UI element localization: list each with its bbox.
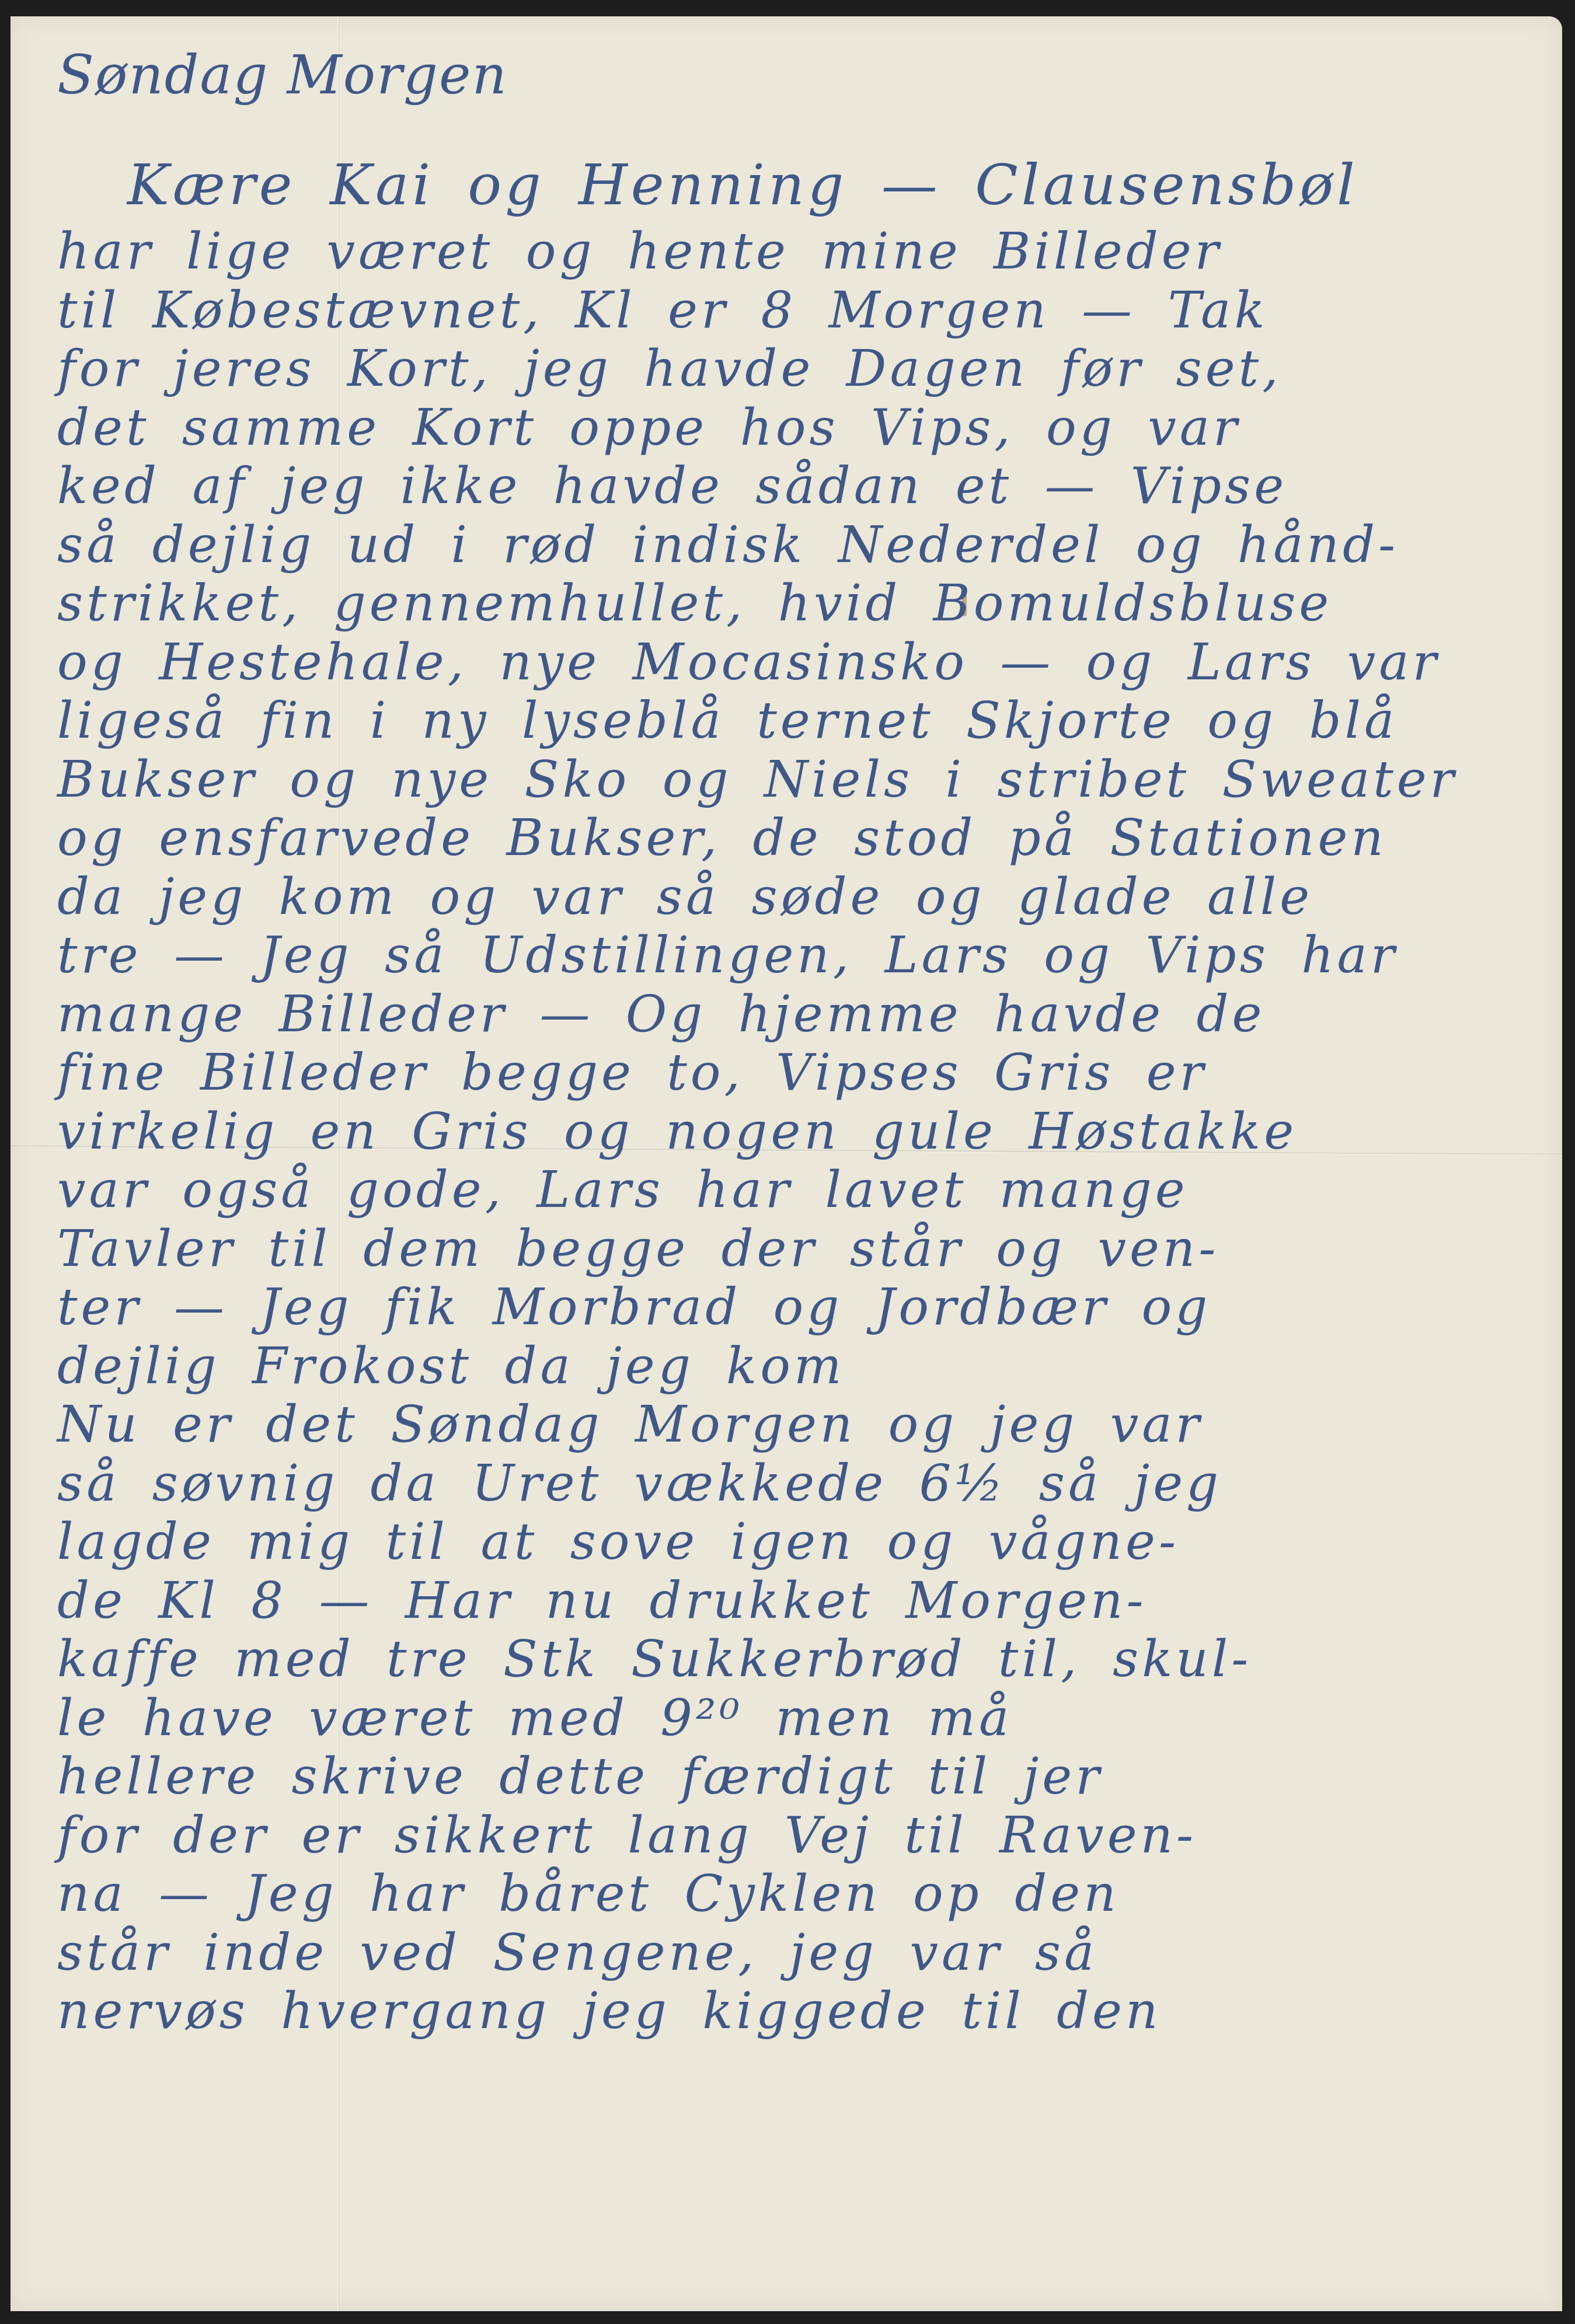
letter-heading: Søndag Morgen <box>57 48 1552 148</box>
letter-line: har lige været og hente mine Billeder <box>57 222 1552 281</box>
letter-line: ter — Jeg fik Morbrad og Jordbær og <box>57 1278 1552 1337</box>
letter-line: for jeres Kort, jeg havde Dagen før set, <box>57 340 1552 399</box>
letter-line: hellere skrive dette færdigt til jer <box>57 1747 1552 1806</box>
letter-line: så søvnig da Uret vækkede 6½ så jeg <box>57 1454 1552 1513</box>
letter-line: står inde ved Sengene, jeg var så <box>57 1924 1552 1983</box>
letter-line: for der er sikkert lang Vej til Raven- <box>57 1806 1552 1865</box>
letter-line: na — Jeg har båret Cyklen op den <box>57 1865 1552 1924</box>
letter-line: strikket, gennemhullet, hvid Bomuldsblus… <box>57 574 1552 633</box>
letter-line: le have været med 9²⁰ men må <box>57 1689 1552 1748</box>
letter-line: fine Billeder begge to, Vipses Gris er <box>57 1044 1552 1102</box>
letter-line: Bukser og nye Sko og Niels i stribet Swe… <box>57 751 1552 809</box>
letter-line: da jeg kom og var så søde og glade alle <box>57 868 1552 927</box>
letter-line: til Købestævnet, Kl er 8 Morgen — Tak <box>57 281 1552 340</box>
letter-line: Nu er det Søndag Morgen og jeg var <box>57 1395 1552 1454</box>
letter-line: var også gode, Lars har lavet mange <box>57 1161 1552 1220</box>
handwritten-letter-body: Søndag Morgen Kære Kai og Henning — Clau… <box>57 48 1552 2041</box>
letter-line: og Hestehale, nye Mocasinsko — og Lars v… <box>57 633 1552 692</box>
letter-line: de Kl 8 — Har nu drukket Morgen- <box>57 1572 1552 1631</box>
letter-line: kaffe med tre Stk Sukkerbrød til, skul- <box>57 1630 1552 1689</box>
letter-line: nervøs hvergang jeg kiggede til den <box>57 1982 1552 2041</box>
letter-line: Tavler til dem begge der står og ven- <box>57 1220 1552 1279</box>
letter-line: virkelig en Gris og nogen gule Høstakke <box>57 1102 1552 1161</box>
letter-line: ligeså fin i ny lyseblå ternet Skjorte o… <box>57 692 1552 751</box>
letter-line: mange Billeder — Og hjemme havde de <box>57 985 1552 1044</box>
letter-line: lagde mig til at sove igen og vågne- <box>57 1513 1552 1572</box>
letter-paper: Søndag Morgen Kære Kai og Henning — Clau… <box>11 16 1562 2311</box>
letter-line: ked af jeg ikke havde sådan et — Vipse <box>57 457 1552 516</box>
letter-line: tre — Jeg så Udstillingen, Lars og Vips … <box>57 926 1552 985</box>
letter-line: og ensfarvede Bukser, de stod på Station… <box>57 809 1552 868</box>
letter-line: dejlig Frokost da jeg kom <box>57 1337 1552 1396</box>
letter-line: så dejlig ud i rød indisk Nederdel og hå… <box>57 516 1552 575</box>
letter-line: det samme Kort oppe hos Vips, og var <box>57 399 1552 458</box>
letter-salutation: Kære Kai og Henning — Clausensbøl <box>57 148 1552 222</box>
